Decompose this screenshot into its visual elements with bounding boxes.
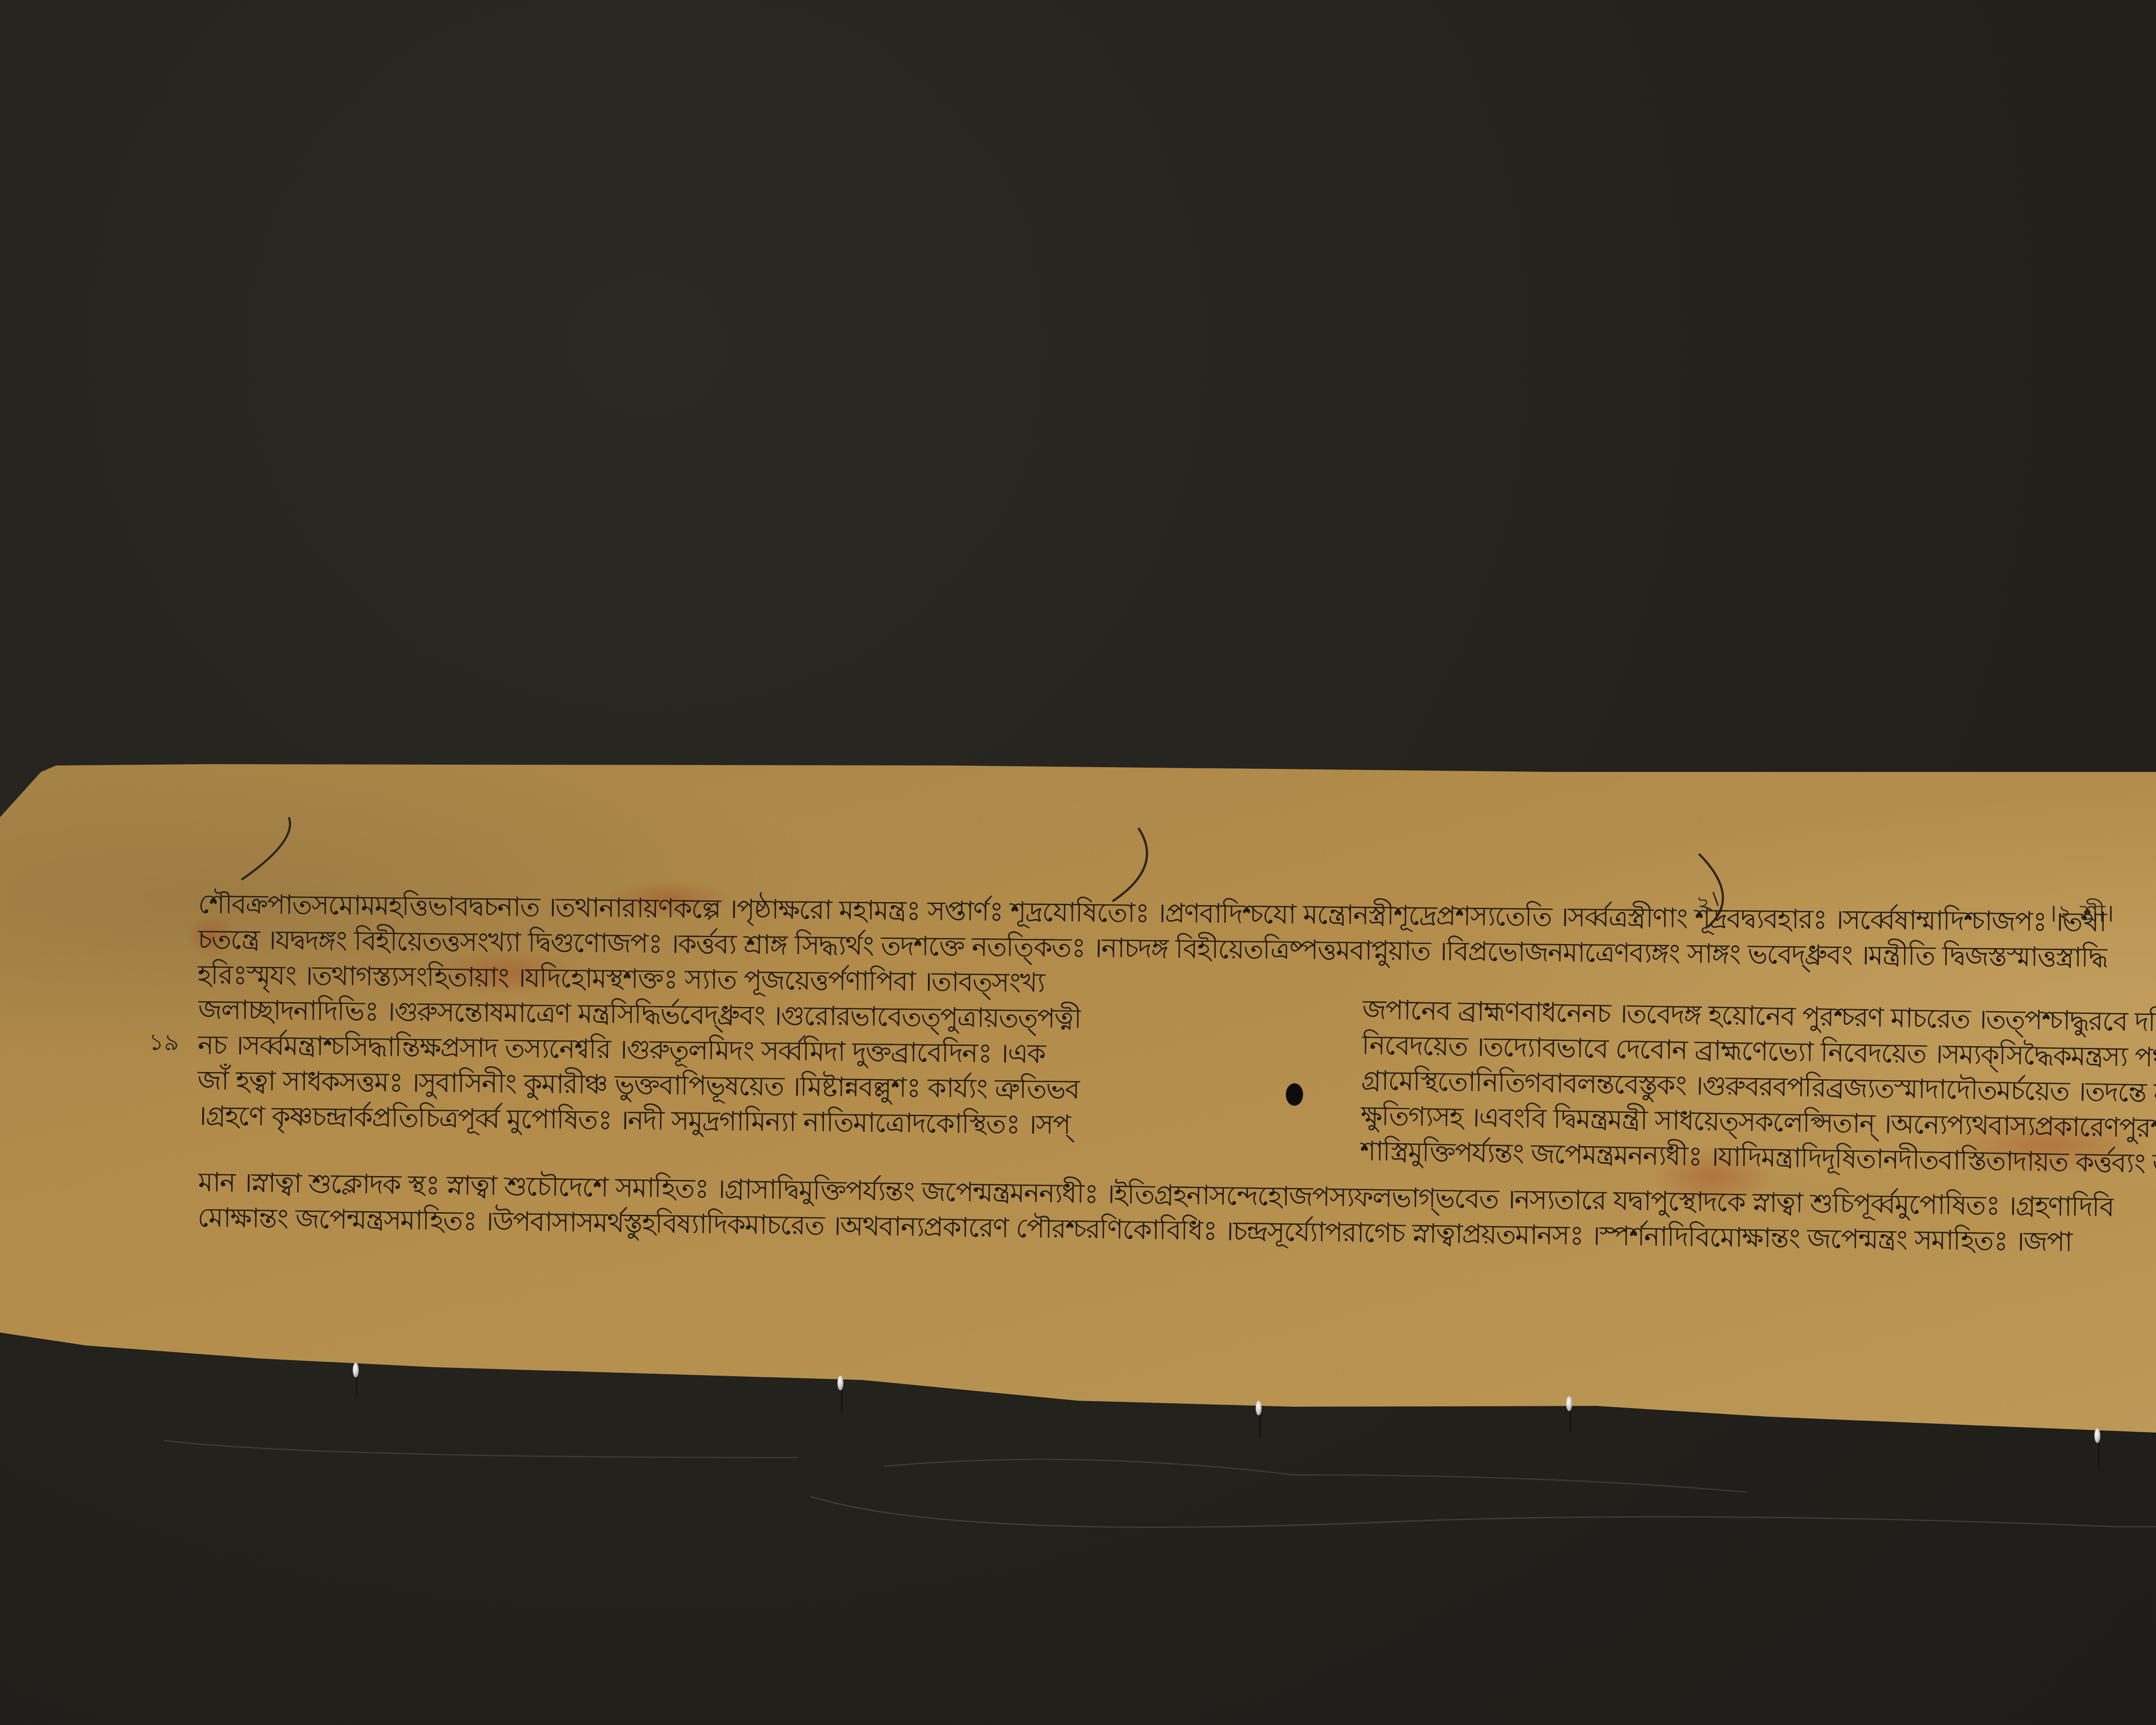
mounting-pin: [2094, 1428, 2100, 1443]
mounting-pin: [353, 1363, 359, 1377]
mounting-pin: [837, 1376, 843, 1390]
pin-shadow: [841, 1386, 843, 1412]
left-margin-numeral: ১৯: [149, 1024, 179, 1063]
mounting-pin: [1566, 1396, 1572, 1411]
manuscript-photo: ২। ।২ শ্রী। শৌবক্রপাতসমোমমহত্তিভাবদ্বচনা…: [0, 0, 2156, 1725]
pin-shadow: [2098, 1440, 2100, 1466]
text-top-lines: শৌবক্রপাতসমোমমহত্তিভাবদ্বচনাত ।তথানারায়…: [197, 886, 2108, 1010]
manuscript-leaf: [0, 0, 2156, 1725]
text-right-column: জপানেব ব্রাহ্মণবাধনেনচ ।তবেদঙ্গ হয়োনেব …: [1360, 992, 2156, 1183]
pin-shadow: [1259, 1412, 1261, 1438]
string-hole: [1286, 1083, 1303, 1106]
text-left-column: জলাচ্ছাদনাদিভিঃ ।গুরুসন্তোষমাত্রেণ মন্ত্…: [197, 992, 1081, 1142]
mounting-pin: [1256, 1401, 1262, 1415]
